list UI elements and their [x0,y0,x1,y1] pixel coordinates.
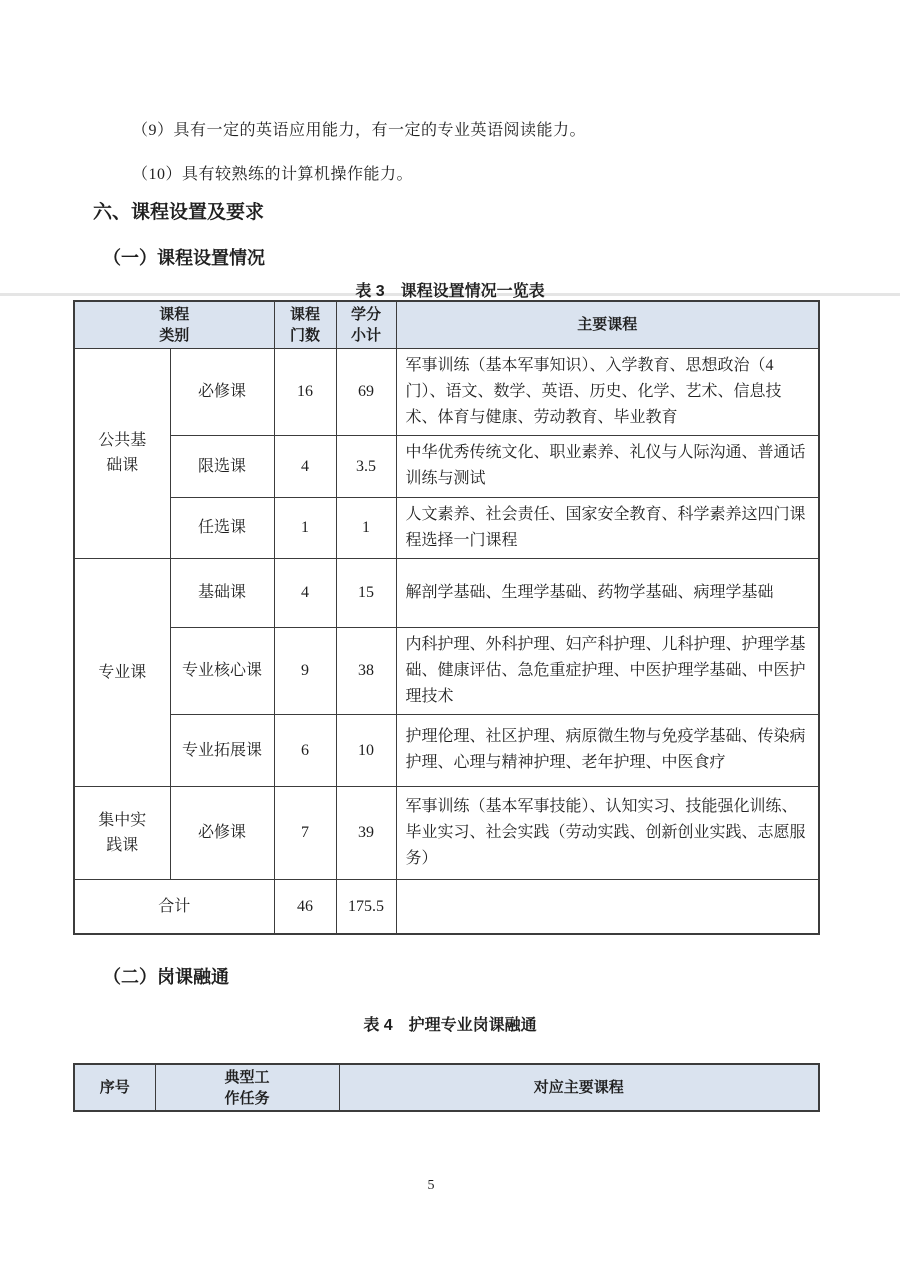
table-row: 专业课 基础课 4 15 解剖学基础、生理学基础、药物学基础、病理学基础 [74,558,819,627]
table-row: 专业核心课 9 38 内科护理、外科护理、妇产科护理、儿科护理、护理学基础、健康… [74,627,819,714]
main-courses-cell: 人文素养、社会责任、国家安全教育、科学素养这四门课程选择一门课程 [396,497,819,558]
header-mapped-courses: 对应主要课程 [339,1064,819,1111]
course-type-cell: 专业拓展课 [170,714,274,786]
subsection-heading-job-course: （二）岗课融通 [103,963,229,989]
group-practice-cell: 集中实 践课 [74,786,170,879]
table-row: 限选课 4 3.5 中华优秀传统文化、职业素养、礼仪与人际沟通、普通话训练与测试 [74,435,819,497]
table-row: 专业拓展课 6 10 护理伦理、社区护理、病原微生物与免疫学基础、传染病护理、心… [74,714,819,786]
header-credit-subtotal: 学分 小计 [336,301,396,348]
header-serial-number: 序号 [74,1064,155,1111]
table3-title: 表 3 课程设置情况一览表 [0,278,900,301]
main-courses-cell: 内科护理、外科护理、妇产科护理、儿科护理、护理学基础、健康评估、急危重症护理、中… [396,627,819,714]
main-courses-cell: 军事训练（基本军事技能）、认知实习、技能强化训练、毕业实习、社会实践（劳动实践、… [396,786,819,879]
group-professional-cell: 专业课 [74,558,170,786]
table-row: 公共基 础课 必修课 16 69 军事训练（基本军事知识）、入学教育、思想政治（… [74,348,819,435]
table-row: 集中实 践课 必修课 7 39 军事训练（基本军事技能）、认知实习、技能强化训练… [74,786,819,879]
header-course-category: 课程 类别 [74,301,274,348]
course-setup-table: 课程 类别 课程 门数 学分 小计 主要课程 公共基 础课 必修课 16 69 … [73,300,820,935]
course-count-cell: 4 [274,558,336,627]
main-courses-cell: 军事训练（基本军事知识）、入学教育、思想政治（4门）、语文、数学、英语、历史、化… [396,348,819,435]
credit-cell: 3.5 [336,435,396,497]
course-type-cell: 必修课 [170,786,274,879]
credit-cell: 10 [336,714,396,786]
main-courses-cell: 护理伦理、社区护理、病原微生物与免疫学基础、传染病护理、心理与精神护理、老年护理… [396,714,819,786]
header-course-count: 课程 门数 [274,301,336,348]
total-count-cell: 46 [274,879,336,934]
credit-cell: 38 [336,627,396,714]
document-page: （9）具有一定的英语应用能力，有一定的专业英语阅读能力。 （10）具有较熟练的计… [0,0,900,1272]
total-courses-cell [396,879,819,934]
course-count-cell: 9 [274,627,336,714]
course-type-cell: 必修课 [170,348,274,435]
course-count-cell: 1 [274,497,336,558]
table3-header-row: 课程 类别 课程 门数 学分 小计 主要课程 [74,301,819,348]
header-typical-task: 典型工 作任务 [155,1064,339,1111]
credit-cell: 15 [336,558,396,627]
course-count-cell: 16 [274,348,336,435]
subsection-heading-course-situation: （一）课程设置情况 [103,244,265,270]
course-count-cell: 4 [274,435,336,497]
course-type-cell: 基础课 [170,558,274,627]
section-heading-course-setup: 六、课程设置及要求 [93,197,264,224]
course-count-cell: 6 [274,714,336,786]
table4-header-row: 序号 典型工 作任务 对应主要课程 [74,1064,819,1111]
header-main-courses: 主要课程 [396,301,819,348]
course-type-cell: 专业核心课 [170,627,274,714]
credit-cell: 1 [336,497,396,558]
paragraph-computer-ability: （10）具有较熟练的计算机操作能力。 [132,165,413,185]
group-public-basic-cell: 公共基 础课 [74,348,170,558]
total-label-cell: 合计 [74,879,274,934]
table4-title: 表 4 护理专业岗课融通 [0,1012,900,1035]
main-courses-cell: 解剖学基础、生理学基础、药物学基础、病理学基础 [396,558,819,627]
paragraph-english-ability: （9）具有一定的英语应用能力，有一定的专业英语阅读能力。 [132,121,586,141]
table-row: 任选课 1 1 人文素养、社会责任、国家安全教育、科学素养这四门课程选择一门课程 [74,497,819,558]
total-row: 合计 46 175.5 [74,879,819,934]
page-number: 5 [0,1178,862,1194]
total-credits-cell: 175.5 [336,879,396,934]
credit-cell: 69 [336,348,396,435]
course-type-cell: 限选课 [170,435,274,497]
main-courses-cell: 中华优秀传统文化、职业素养、礼仪与人际沟通、普通话训练与测试 [396,435,819,497]
course-count-cell: 7 [274,786,336,879]
job-course-mapping-table: 序号 典型工 作任务 对应主要课程 [73,1063,820,1112]
course-type-cell: 任选课 [170,497,274,558]
credit-cell: 39 [336,786,396,879]
